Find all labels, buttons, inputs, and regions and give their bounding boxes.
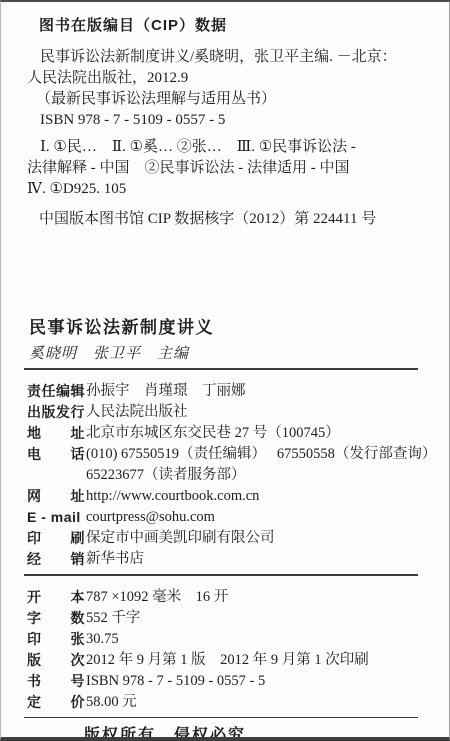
cip-block: 民事诉讼法新制度讲义/奚晓明，张卫平主编. －北京： 人民法院出版社，2012.… [27,47,423,230]
row-label: 责任编辑 [27,381,86,402]
cip-record-line: 民事诉讼法新制度讲义/奚晓明，张卫平主编. －北京： [27,47,423,68]
row-label-spacer [27,465,86,486]
print-spec-table: 开 本 787 ×1092 毫米 16 开 字 数 552 千字 印 张 30.… [27,587,423,713]
title-block: 民事诉讼法新制度讲义 奚晓明 张卫平 主编 [27,317,423,364]
spec-row-price: 定 价 58.00 元 [27,692,423,713]
info-row-address: 地 址 北京市东城区东交民巷 27 号（100745） [27,423,423,444]
divider-rule-top [24,368,418,370]
cip-classification-line: 法律解释 - 中国 ②民事诉讼法 - 法律适用 - 中国 [27,158,423,179]
info-row-distributor: 经 销 新华书店 [27,549,423,570]
spec-row-wordcount: 字 数 552 千字 [27,608,423,629]
row-value: http://www.courtbook.com.cn [86,486,259,507]
cip-registry-line: 中国版本图书馆 CIP 数据核字（2012）第 224411 号 [27,209,423,230]
byline: 奚晓明 张卫平 主编 [29,345,423,364]
divider-rule-bottom [24,717,418,718]
divider-rule-middle [24,574,418,576]
spec-row-isbn: 书 号 ISBN 978 - 7 - 5109 - 0557 - 5 [27,671,423,692]
info-row-publisher: 出版发行 人民法院出版社 [27,402,423,423]
row-label: 电 话 [27,444,86,465]
row-value: 2012 年 9 月第 1 版 2012 年 9 月第 1 次印刷 [86,650,369,671]
row-value: 人民法院出版社 [86,402,188,423]
row-label: 书 号 [27,671,86,692]
info-row-email: E - mail courtpress@sohu.com [27,507,423,528]
row-label: 开 本 [27,587,86,608]
row-label: 字 数 [27,608,86,629]
row-value: ISBN 978 - 7 - 5109 - 0557 - 5 [86,671,265,692]
row-value: 552 千字 [86,608,140,629]
book-title: 民事诉讼法新制度讲义 [29,317,423,339]
row-label: 网 址 [27,486,86,507]
row-label: 经 销 [27,549,86,570]
cip-series-line: （最新民事诉讼法理解与适用丛书） [27,89,423,110]
spec-row-format: 开 本 787 ×1092 毫米 16 开 [27,587,423,608]
row-value: 孙振宇 肖瑾璟 丁丽娜 [86,381,246,402]
row-label: 印 张 [27,629,86,650]
row-label: 版 次 [27,650,86,671]
row-value: 保定市中画美凯印刷有限公司 [86,528,275,549]
row-value: 58.00 元 [86,692,137,713]
row-value: (010) 67550519（责任编辑） 67550558（发行部查询） [86,444,436,465]
row-label: 出版发行 [27,402,86,423]
cip-classification-line: Ⅳ. ①D925. 105 [27,179,423,200]
cip-isbn-line: ISBN 978 - 7 - 5109 - 0557 - 5 [27,110,423,131]
cip-heading: 图书在版编目（CIP）数据 [39,15,423,36]
copyright-notice: 版权所有 侵权必究 [84,726,423,741]
info-row-website: 网 址 http://www.courtbook.com.cn [27,486,423,507]
info-row-phone-cont: 65223677（读者服务部） [27,465,423,486]
row-value: 65223677（读者服务部） [86,465,246,486]
cip-record-line: 人民法院出版社，2012.9 [27,68,423,89]
row-value: courtpress@sohu.com [86,507,215,528]
info-row-editors: 责任编辑 孙振宇 肖瑾璟 丁丽娜 [27,381,423,402]
row-label: 印 刷 [27,528,86,549]
copyright-page: 图书在版编目（CIP）数据 民事诉讼法新制度讲义/奚晓明，张卫平主编. －北京：… [0,0,450,741]
info-row-printer: 印 刷 保定市中画美凯印刷有限公司 [27,528,423,549]
row-value: 新华书店 [86,549,144,570]
cip-classification-line: Ⅰ. ①民… Ⅱ. ①奚… ②张… Ⅲ. ①民事诉讼法 - [27,137,423,158]
row-value: 北京市东城区东交民巷 27 号（100745） [86,423,340,444]
spec-row-edition: 版 次 2012 年 9 月第 1 版 2012 年 9 月第 1 次印刷 [27,650,423,671]
spec-row-sheets: 印 张 30.75 [27,629,423,650]
info-row-phone: 电 话 (010) 67550519（责任编辑） 67550558（发行部查询） [27,444,423,465]
row-label: 定 价 [27,692,86,713]
publication-info-table: 责任编辑 孙振宇 肖瑾璟 丁丽娜 出版发行 人民法院出版社 地 址 北京市东城区… [27,381,423,570]
row-value: 787 ×1092 毫米 16 开 [86,587,228,608]
row-label: E - mail [27,507,86,528]
row-value: 30.75 [86,629,119,650]
row-label: 地 址 [27,423,86,444]
